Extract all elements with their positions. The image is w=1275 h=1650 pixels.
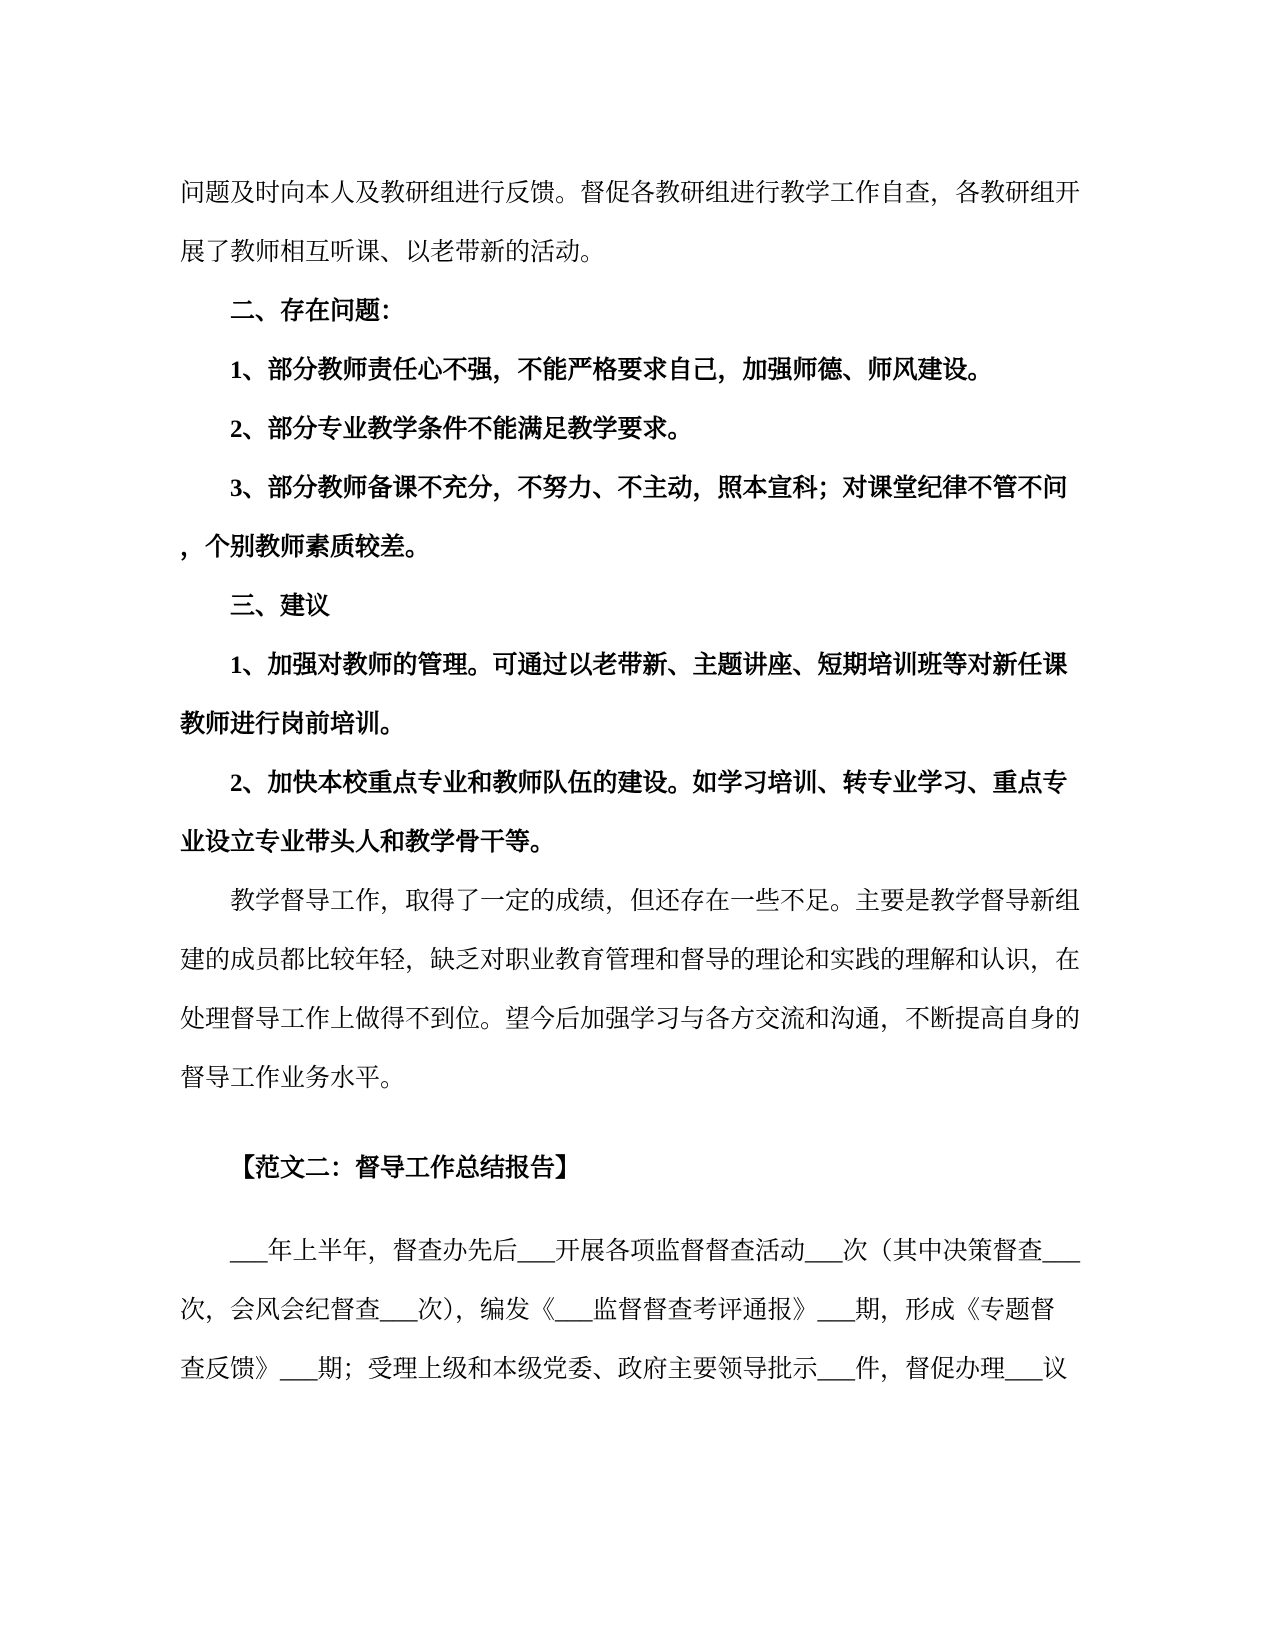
text-line: 【范文二：督导工作总结报告】 (180, 1139, 1080, 1198)
text-line: 三、建议 (180, 577, 1080, 636)
text-line: 建的成员都比较年轻，缺乏对职业教育管理和督导的理论和实践的理解和认识，在 (180, 931, 1080, 990)
heading-section-2-problems: 二、存在问题： (180, 282, 1080, 341)
paragraph-summary: 教学督导工作，取得了一定的成绩，但还存在一些不足。主要是教学督导新组 建的成员都… (180, 872, 1080, 1108)
text-line: 2、加快本校重点专业和教师队伍的建设。如学习培训、转专业学习、重点专 (180, 754, 1080, 813)
problem-item-1: 1、部分教师责任心不强，不能严格要求自己，加强师德、师风建设。 (180, 341, 1080, 400)
text-line: 2、部分专业教学条件不能满足教学要求。 (180, 400, 1080, 459)
heading-sample-essay-2: 【范文二：督导工作总结报告】 (180, 1139, 1080, 1198)
text-line: ，个别教师素质较差。 (180, 518, 1080, 577)
text-line: 处理督导工作上做得不到位。望今后加强学习与各方交流和沟通，不断提高自身的 (180, 990, 1080, 1049)
text-line: 次，会风会纪督查___次），编发《___监督督查考评通报》___期，形成《专题督 (180, 1281, 1080, 1340)
suggestion-item-2: 2、加快本校重点专业和教师队伍的建设。如学习培训、转专业学习、重点专 业设立专业… (180, 754, 1080, 872)
text-line: 教学督导工作，取得了一定的成绩，但还存在一些不足。主要是教学督导新组 (180, 872, 1080, 931)
text-line: 展了教师相互听课、以老带新的活动。 (180, 223, 1080, 282)
suggestion-item-1: 1、加强对教师的管理。可通过以老带新、主题讲座、短期培训班等对新任课 教师进行岗… (180, 636, 1080, 754)
text-line: 查反馈》___期；受理上级和本级党委、政府主要领导批示___件，督促办理___议 (180, 1340, 1080, 1399)
text-line: 教师进行岗前培训。 (180, 695, 1080, 754)
text-line: 3、部分教师备课不充分，不努力、不主动，照本宣科；对课堂纪律不管不问 (180, 459, 1080, 518)
text-line: 业设立专业带头人和教学骨干等。 (180, 813, 1080, 872)
text-line: ___年上半年，督查办先后___开展各项监督督查活动___次（其中决策督查___ (180, 1222, 1080, 1281)
paragraph-sample-2-intro: ___年上半年，督查办先后___开展各项监督督查活动___次（其中决策督查___… (180, 1222, 1080, 1399)
text-line: 1、部分教师责任心不强，不能严格要求自己，加强师德、师风建设。 (180, 341, 1080, 400)
problem-item-3: 3、部分教师备课不充分，不努力、不主动，照本宣科；对课堂纪律不管不问 ，个别教师… (180, 459, 1080, 577)
heading-section-3-suggestions: 三、建议 (180, 577, 1080, 636)
document-content: 问题及时向本人及教研组进行反馈。督促各教研组进行教学工作自查，各教研组开 展了教… (180, 164, 1080, 1399)
paragraph-intro-continuation: 问题及时向本人及教研组进行反馈。督促各教研组进行教学工作自查，各教研组开 展了教… (180, 164, 1080, 282)
text-line: 二、存在问题： (180, 282, 1080, 341)
text-line: 1、加强对教师的管理。可通过以老带新、主题讲座、短期培训班等对新任课 (180, 636, 1080, 695)
text-line: 问题及时向本人及教研组进行反馈。督促各教研组进行教学工作自查，各教研组开 (180, 164, 1080, 223)
document-page: 问题及时向本人及教研组进行反馈。督促各教研组进行教学工作自查，各教研组开 展了教… (0, 0, 1275, 1650)
text-line: 督导工作业务水平。 (180, 1049, 1080, 1108)
problem-item-2: 2、部分专业教学条件不能满足教学要求。 (180, 400, 1080, 459)
